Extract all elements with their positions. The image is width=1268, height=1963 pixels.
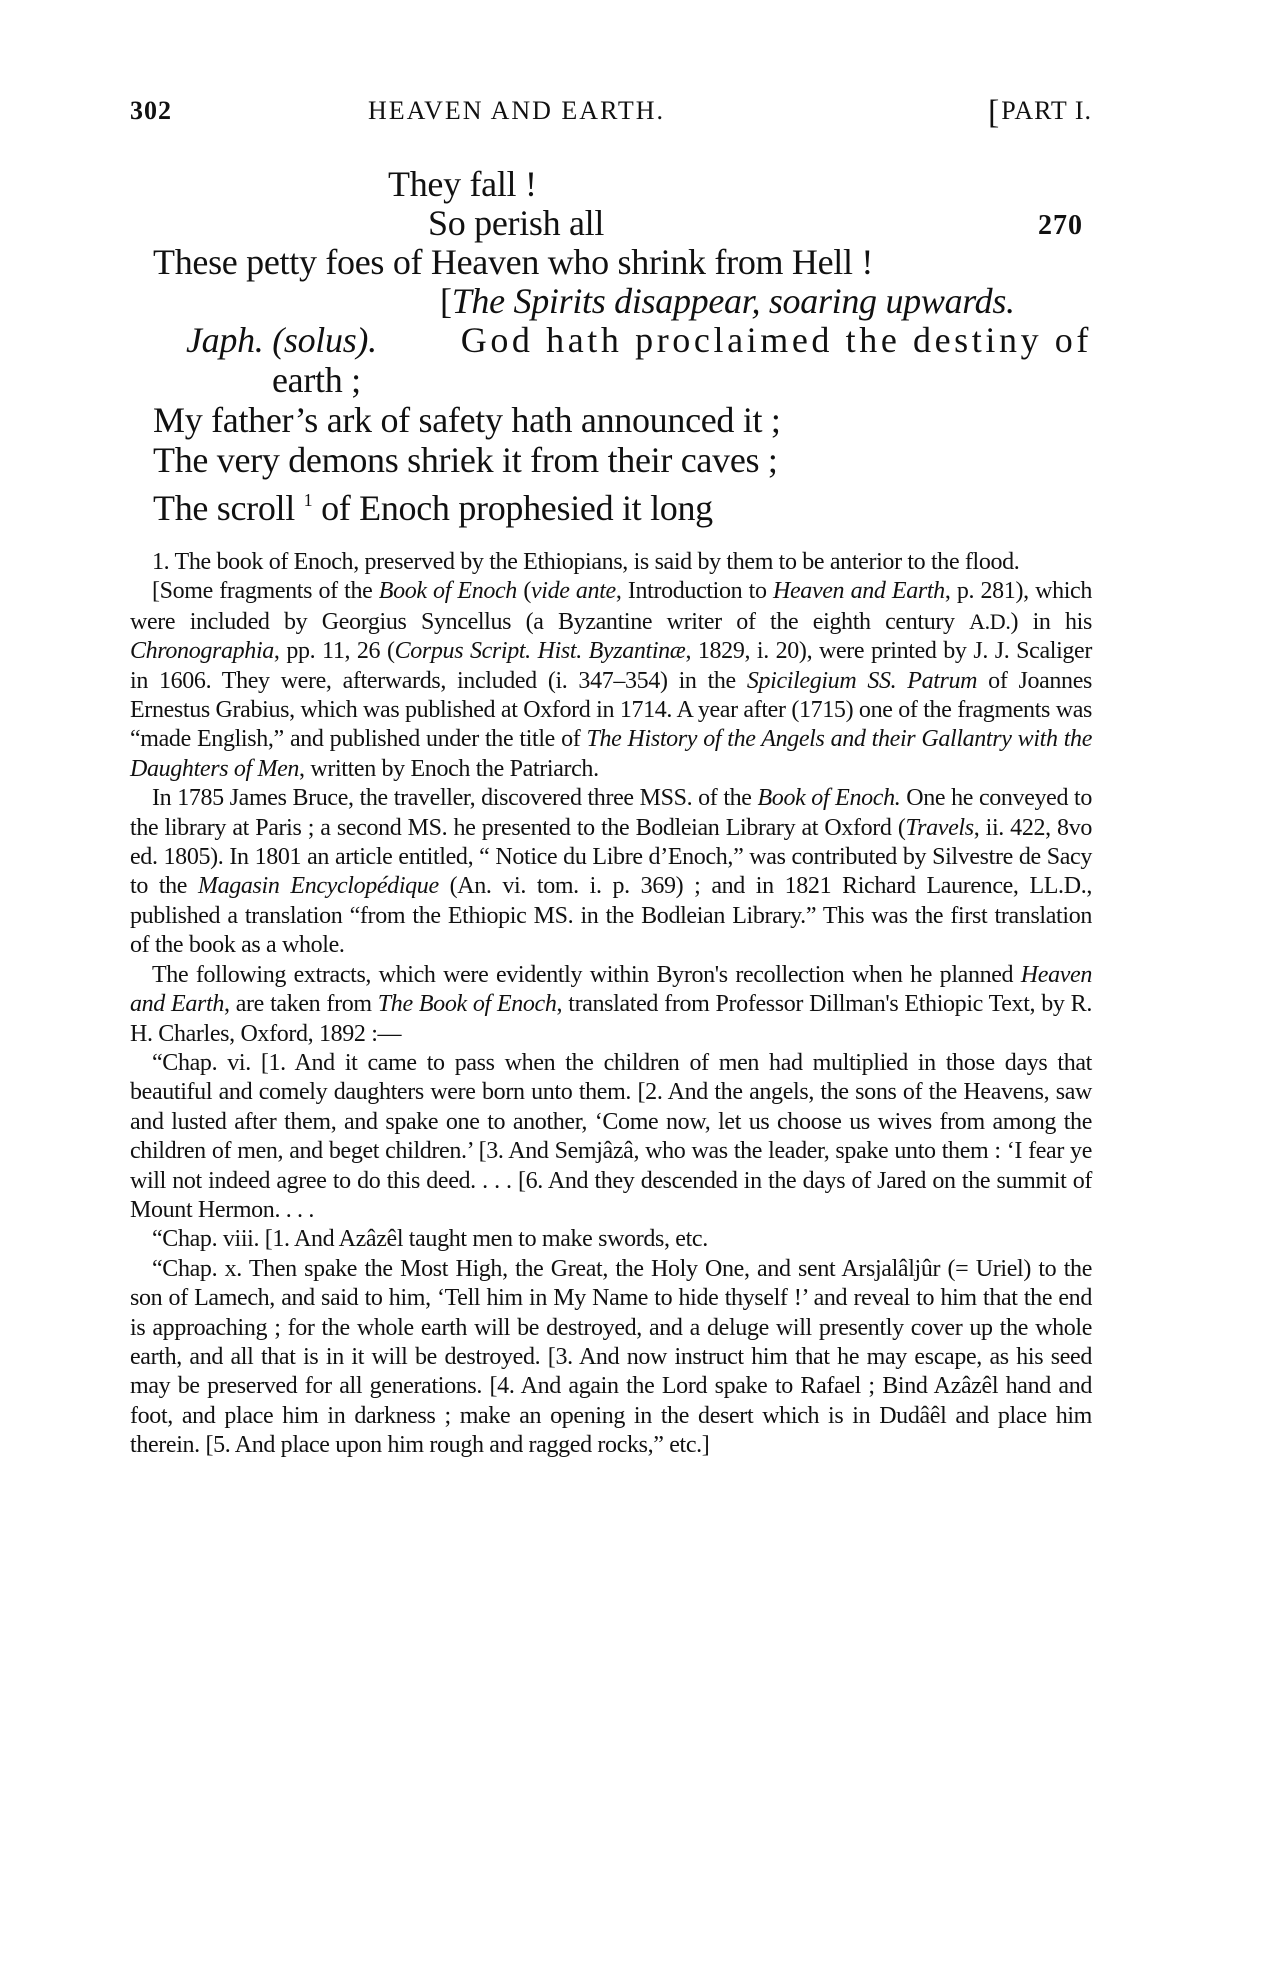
quotation-paragraph: “Chap. viii. [1. And Azâzêl taught men t… xyxy=(130,1225,1092,1254)
verse-line: The scroll 1 of Enoch prophesied it long xyxy=(153,480,713,528)
footnote-marker: 1. xyxy=(152,549,169,575)
footnote-1: 1. The book of Enoch, preserved by the E… xyxy=(130,548,1092,577)
editor-note-paragraph: [Some fragments of the Book of Enoch (vi… xyxy=(130,577,1092,784)
quotation-paragraph: “Chap. x. Then spake the Most High, the … xyxy=(130,1255,1092,1461)
speaker-line: Japh. (solus). God hath proclaimed the d… xyxy=(186,320,1092,360)
editor-note-paragraph: In 1785 James Bruce, the traveller, disc… xyxy=(130,784,1092,960)
book-page: 302 HEAVEN AND EARTH. [PART I. They fall… xyxy=(0,0,1268,1963)
editor-note-paragraph: The following extracts, which were evide… xyxy=(130,961,1092,1049)
stage-direction: [The Spirits disappear, soaring upwards. xyxy=(440,281,1015,321)
running-title: HEAVEN AND EARTH. xyxy=(368,96,665,126)
verse-line: The very demons shriek it from their cav… xyxy=(153,440,778,480)
footnote-ref[interactable]: 1 xyxy=(304,490,313,510)
verse-text: God hath proclaimed the destiny of xyxy=(461,320,1092,360)
running-head: 302 HEAVEN AND EARTH. [PART I. xyxy=(130,96,1092,136)
quotation-paragraph: “Chap. vi. [1. And it came to pass when … xyxy=(130,1049,1092,1225)
verse-line: So perish all xyxy=(428,203,604,243)
part-label: [PART I. xyxy=(988,94,1092,132)
page-number: 302 xyxy=(130,96,172,126)
part-text: PART I. xyxy=(1001,96,1092,125)
speaker-note: (solus). xyxy=(272,320,377,360)
verse-line-continuation: earth ; xyxy=(272,360,361,400)
notes-block: 1. The book of Enoch, preserved by the E… xyxy=(130,548,1092,1461)
verse-line: These petty foes of Heaven who shrink fr… xyxy=(153,242,873,282)
verse-line: They fall ! xyxy=(388,164,537,204)
line-number: 270 xyxy=(1038,210,1083,242)
verse-line: My father’s ark of safety hath announced… xyxy=(153,400,781,440)
stage-direction-bracket: [ xyxy=(440,281,452,321)
part-bracket: [ xyxy=(988,94,1000,131)
stage-direction-text: The Spirits disappear, soaring upwards. xyxy=(452,281,1015,321)
speaker-name: Japh. xyxy=(186,320,263,360)
